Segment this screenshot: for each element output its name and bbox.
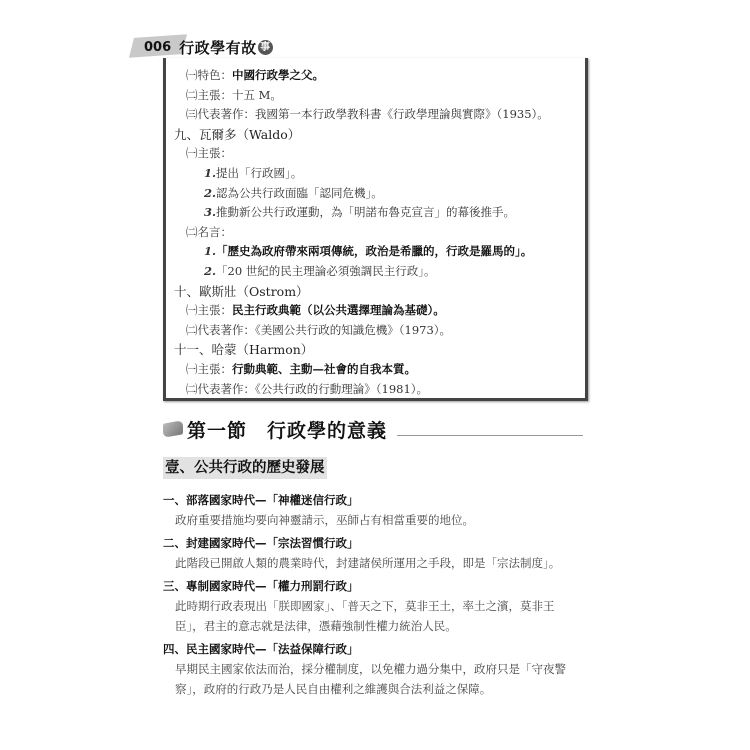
section-heading: 第一節 行政學的意義 bbox=[163, 414, 583, 444]
item-paragraph: 早期民主國家依法而治，採分權制度，以免權力過分集中，政府只是「守夜警 bbox=[163, 659, 588, 679]
item-heading: 三、專制國家時代—「權力刑罰行政」 bbox=[163, 576, 588, 596]
list-marker: ㈠ bbox=[186, 146, 198, 160]
box-line: ㈠主張： bbox=[174, 144, 577, 164]
box-line: 1.提出「行政國」。 bbox=[174, 164, 577, 184]
list-marker: 十、 bbox=[174, 284, 199, 299]
box-line: ㈠主張：行動典範、主動—社會的自我本質。 bbox=[174, 360, 577, 380]
line-label: 代表著作： bbox=[198, 382, 256, 396]
item-paragraph: 此階段已開啟人類的農業時代，封建諸侯所運用之手段，即是「宗法制度」。 bbox=[163, 553, 588, 573]
box-line: ㈡代表著作：《公共行政的行動理論》（1981）。 bbox=[174, 380, 577, 400]
line-text: 行動典範、主動—社會的自我本質。 bbox=[232, 362, 416, 376]
list-marker: ㈠ bbox=[186, 68, 198, 82]
line-label: 主張： bbox=[198, 362, 233, 376]
line-label: 主張： bbox=[198, 88, 233, 102]
item-heading: 四、民主國家時代—「法益保障行政」 bbox=[163, 639, 588, 659]
book-title-badge-icon: 事 bbox=[258, 40, 273, 55]
item-paragraph: 此時期行政表現出「朕即國家」、「普天之下，莫非王土，率土之濱，莫非王 bbox=[163, 596, 588, 616]
box-line: ㈡主張：十五 M。 bbox=[174, 86, 577, 106]
item-heading: 一、部落國家時代—「神權迷信行政」 bbox=[163, 490, 588, 510]
spacer bbox=[163, 699, 588, 702]
line-label: 歐斯壯（Ostrom） bbox=[199, 284, 309, 299]
list-marker: ㈢ bbox=[186, 107, 198, 121]
section-title: 第一節 行政學的意義 bbox=[187, 416, 387, 443]
page-header: 006 行政學有故 事 bbox=[140, 34, 273, 60]
line-text: 提出「行政國」。 bbox=[216, 166, 302, 180]
item-paragraph: 政府重要措施均要向神靈請示，巫師占有相當重要的地位。 bbox=[163, 510, 588, 530]
list-marker: 1. bbox=[204, 166, 216, 180]
line-text: 推動新公共行政運動，為「明諾布魯克宣言」的幕後推手。 bbox=[216, 205, 515, 219]
box-line: ㈡代表著作：《美國公共行政的知識危機》（1973）。 bbox=[174, 321, 577, 341]
list-marker: ㈠ bbox=[186, 362, 198, 376]
line-text: 《美國公共行政的知識危機》（1973）。 bbox=[255, 323, 451, 337]
list-marker: 十一、 bbox=[174, 342, 212, 357]
section-bookmark-icon bbox=[163, 420, 183, 438]
list-marker: ㈡ bbox=[186, 225, 198, 239]
line-label: 瓦爾多（Waldo） bbox=[199, 127, 300, 142]
line-label: 主張： bbox=[198, 303, 233, 317]
line-label: 哈蒙（Harmon） bbox=[212, 342, 314, 357]
line-text: 「20 世紀的民主理論必須強調民主行政」。 bbox=[216, 264, 436, 278]
list-marker: ㈡ bbox=[186, 323, 198, 337]
scholars-summary-box: ㈠特色：中國行政學之父。㈡主張：十五 M。㈢代表著作：我國第一本行政學教科書《行… bbox=[163, 58, 588, 401]
box-lines: ㈠特色：中國行政學之父。㈡主張：十五 M。㈢代表著作：我國第一本行政學教科書《行… bbox=[174, 66, 577, 399]
list-marker: 1. bbox=[204, 244, 216, 258]
list-marker: 2. bbox=[204, 186, 216, 200]
line-text: 十五 M。 bbox=[232, 88, 282, 102]
line-text: 我國第一本行政學教科書《行政學理論與實際》（1935）。 bbox=[255, 107, 549, 121]
history-items: 一、部落國家時代—「神權迷信行政」政府重要措施均要向神靈請示，巫師占有相當重要的… bbox=[163, 490, 588, 702]
list-marker: ㈠ bbox=[186, 303, 198, 317]
box-line: ㈠特色：中國行政學之父。 bbox=[174, 66, 577, 86]
box-line: ㈢代表著作：我國第一本行政學教科書《行政學理論與實際》（1935）。 bbox=[174, 105, 577, 125]
line-text: 「歷史為政府帶來兩項傳統，政治是希臘的，行政是羅馬的」。 bbox=[216, 244, 532, 258]
list-marker: ㈡ bbox=[186, 88, 198, 102]
box-line: 2.認為公共行政面臨「認同危機」。 bbox=[174, 184, 577, 204]
list-marker: 2. bbox=[204, 264, 216, 278]
box-line: 九、瓦爾多（Waldo） bbox=[174, 125, 577, 145]
line-label: 特色： bbox=[198, 68, 233, 82]
item-paragraph: 察」，政府的行政乃是人民自由權利之維護與合法利益之保障。 bbox=[163, 679, 588, 699]
box-line: ㈡名言： bbox=[174, 223, 577, 243]
line-text: 中國行政學之父。 bbox=[232, 68, 324, 82]
box-line: ㈠主張：民主行政典範（以公共選擇理論為基礎）。 bbox=[174, 301, 577, 321]
list-marker: 九、 bbox=[174, 127, 199, 142]
line-text: 認為公共行政面臨「認同危機」。 bbox=[216, 186, 383, 200]
page-number: 006 bbox=[144, 40, 171, 55]
line-label: 代表著作： bbox=[198, 323, 256, 337]
line-label: 代表著作： bbox=[198, 107, 256, 121]
box-line: 2.「20 世紀的民主理論必須強調民主行政」。 bbox=[174, 262, 577, 282]
section-rule bbox=[397, 435, 583, 436]
line-text: 民主行政典範（以公共選擇理論為基礎）。 bbox=[232, 303, 445, 317]
item-heading: 二、封建國家時代—「宗法習慣行政」 bbox=[163, 533, 588, 553]
book-title: 行政學有故 bbox=[179, 37, 257, 58]
list-marker: 3. bbox=[204, 205, 216, 219]
box-line: 1.「歷史為政府帶來兩項傳統，政治是希臘的，行政是羅馬的」。 bbox=[174, 242, 577, 262]
subsection-title: 壹、公共行政的歷史發展 bbox=[163, 457, 327, 479]
line-label: 名言： bbox=[198, 225, 233, 239]
line-text: 《公共行政的行動理論》（1981）。 bbox=[255, 382, 428, 396]
item-paragraph: 臣」，君主的意志就是法律，憑藉強制性權力統治人民。 bbox=[163, 616, 588, 636]
box-line: 十、歐斯壯（Ostrom） bbox=[174, 282, 577, 302]
line-label: 主張： bbox=[198, 146, 233, 160]
box-line: 3.推動新公共行政運動，為「明諾布魯克宣言」的幕後推手。 bbox=[174, 203, 577, 223]
box-line: 十一、哈蒙（Harmon） bbox=[174, 340, 577, 360]
list-marker: ㈡ bbox=[186, 382, 198, 396]
